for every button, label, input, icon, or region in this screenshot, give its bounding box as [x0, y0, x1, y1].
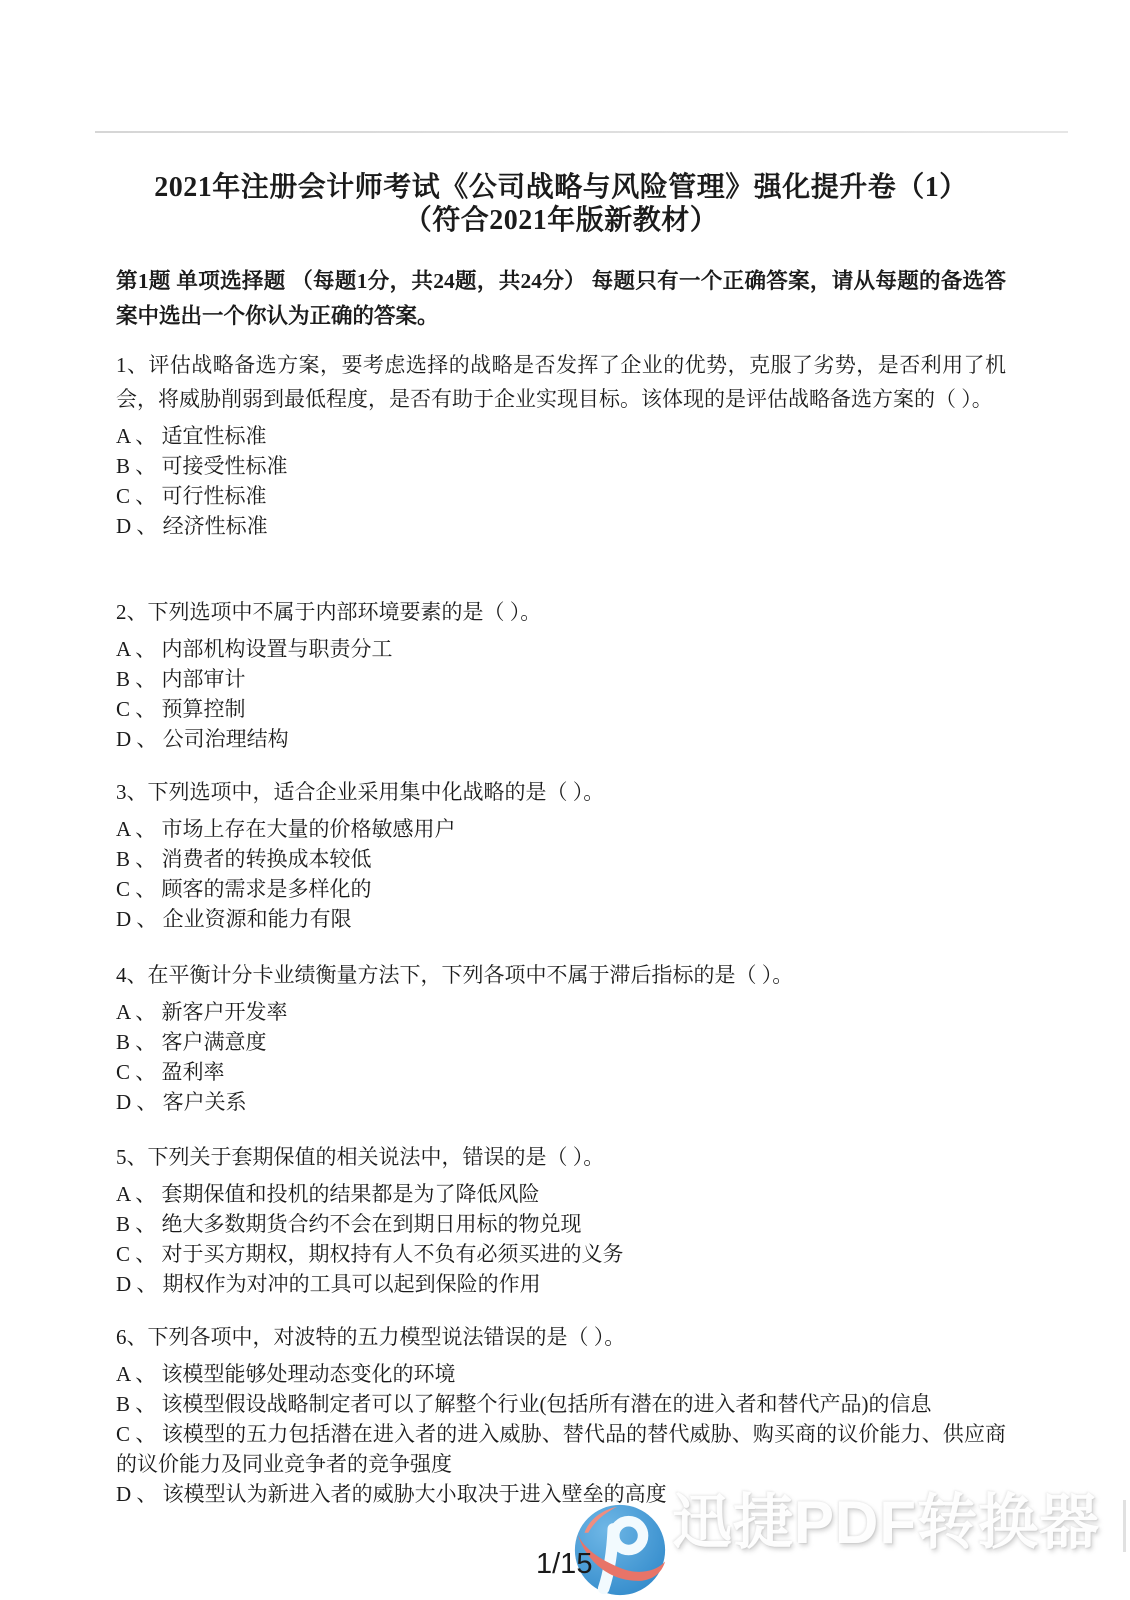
- question-6-stem: 6、下列各项中，对波特的五力模型说法错误的是（ ）。: [116, 1320, 1006, 1354]
- question-4-option-c: C 、 盈利率: [116, 1057, 1006, 1087]
- watermark-text: 迅捷PDF转换器: [672, 1492, 1100, 1554]
- question-2-option-c: C 、 预算控制: [116, 694, 1006, 724]
- page-title: 2021年注册会计师考试《公司战略与风险管理》强化提升卷（1） （符合2021年…: [116, 171, 1006, 237]
- question-1-options: A 、 适宜性标准 B 、 可接受性标准 C 、 可行性标准 D 、 经济性标准: [116, 421, 1006, 541]
- question-5-option-b: B 、 绝大多数期货合约不会在到期日用标的物兑现: [116, 1209, 1006, 1239]
- page-title-line2: （符合2021年版新教材）: [116, 204, 1006, 237]
- page-title-line1: 2021年注册会计师考试《公司战略与风险管理》强化提升卷（1）: [116, 171, 1006, 204]
- question-2-stem: 2、下列选项中不属于内部环境要素的是（ ）。: [116, 595, 1006, 629]
- question-3-options: A 、 市场上存在大量的价格敏感用户 B 、 消费者的转换成本较低 C 、 顾客…: [116, 814, 1006, 934]
- right-edge-artifact: [1123, 1500, 1126, 1552]
- question-1-option-d: D 、 经济性标准: [116, 511, 1006, 541]
- question-3-option-d: D 、 企业资源和能力有限: [116, 904, 1006, 934]
- question-4-options: A 、 新客户开发率 B 、 客户满意度 C 、 盈利率 D 、 客户关系: [116, 997, 1006, 1117]
- question-5-option-a: A 、 套期保值和投机的结果都是为了降低风险: [116, 1179, 1006, 1209]
- page-number: 1/15: [536, 1548, 592, 1581]
- question-5-option-c: C 、 对于买方期权，期权持有人不负有必须买进的义务: [116, 1239, 1006, 1269]
- question-6-option-c: C 、 该模型的五力包括潜在进入者的进入威胁、替代品的替代威胁、购买商的议价能力…: [116, 1419, 1006, 1479]
- question-1: 1、评估战略备选方案，要考虑选择的战略是否发挥了企业的优势，克服了劣势，是否利用…: [116, 348, 1006, 541]
- document-page: 2021年注册会计师考试《公司战略与风险管理》强化提升卷（1） （符合2021年…: [0, 0, 1130, 1600]
- question-4: 4、在平衡计分卡业绩衡量方法下，下列各项中不属于滞后指标的是（ ）。 A 、 新…: [116, 958, 1006, 1117]
- question-4-option-b: B 、 客户满意度: [116, 1027, 1006, 1057]
- question-1-stem: 1、评估战略备选方案，要考虑选择的战略是否发挥了企业的优势，克服了劣势，是否利用…: [116, 348, 1006, 416]
- question-5: 5、下列关于套期保值的相关说法中，错误的是（ ）。 A 、 套期保值和投机的结果…: [116, 1140, 1006, 1299]
- section-header: 第1题 单项选择题 （每题1分，共24题，共24分） 每题只有一个正确答案，请从…: [116, 264, 1006, 334]
- question-2-option-b: B 、 内部审计: [116, 664, 1006, 694]
- question-1-option-c: C 、 可行性标准: [116, 481, 1006, 511]
- question-2-option-a: A 、 内部机构设置与职责分工: [116, 634, 1006, 664]
- question-5-option-d: D 、 期权作为对冲的工具可以起到保险的作用: [116, 1269, 1006, 1299]
- question-5-stem: 5、下列关于套期保值的相关说法中，错误的是（ ）。: [116, 1140, 1006, 1174]
- question-2-options: A 、 内部机构设置与职责分工 B 、 内部审计 C 、 预算控制 D 、 公司…: [116, 634, 1006, 754]
- question-1-option-a: A 、 适宜性标准: [116, 421, 1006, 451]
- question-6-option-a: A 、 该模型能够处理动态变化的环境: [116, 1359, 1006, 1389]
- question-3-option-b: B 、 消费者的转换成本较低: [116, 844, 1006, 874]
- question-3: 3、下列选项中，适合企业采用集中化战略的是（ ）。 A 、 市场上存在大量的价格…: [116, 775, 1006, 934]
- question-3-option-c: C 、 顾客的需求是多样化的: [116, 874, 1006, 904]
- question-4-option-a: A 、 新客户开发率: [116, 997, 1006, 1027]
- top-divider: [95, 131, 1068, 133]
- question-4-stem: 4、在平衡计分卡业绩衡量方法下，下列各项中不属于滞后指标的是（ ）。: [116, 958, 1006, 992]
- question-3-option-a: A 、 市场上存在大量的价格敏感用户: [116, 814, 1006, 844]
- question-6-option-b: B 、 该模型假设战略制定者可以了解整个行业(包括所有潜在的进入者和替代产品)的…: [116, 1389, 1006, 1419]
- question-5-options: A 、 套期保值和投机的结果都是为了降低风险 B 、 绝大多数期货合约不会在到期…: [116, 1179, 1006, 1299]
- question-4-option-d: D 、 客户关系: [116, 1087, 1006, 1117]
- question-1-option-b: B 、 可接受性标准: [116, 451, 1006, 481]
- question-6: 6、下列各项中，对波特的五力模型说法错误的是（ ）。 A 、 该模型能够处理动态…: [116, 1320, 1006, 1509]
- question-6-options: A 、 该模型能够处理动态变化的环境 B 、 该模型假设战略制定者可以了解整个行…: [116, 1359, 1006, 1509]
- question-3-stem: 3、下列选项中，适合企业采用集中化战略的是（ ）。: [116, 775, 1006, 809]
- question-2: 2、下列选项中不属于内部环境要素的是（ ）。 A 、 内部机构设置与职责分工 B…: [116, 595, 1006, 754]
- question-2-option-d: D 、 公司治理结构: [116, 724, 1006, 754]
